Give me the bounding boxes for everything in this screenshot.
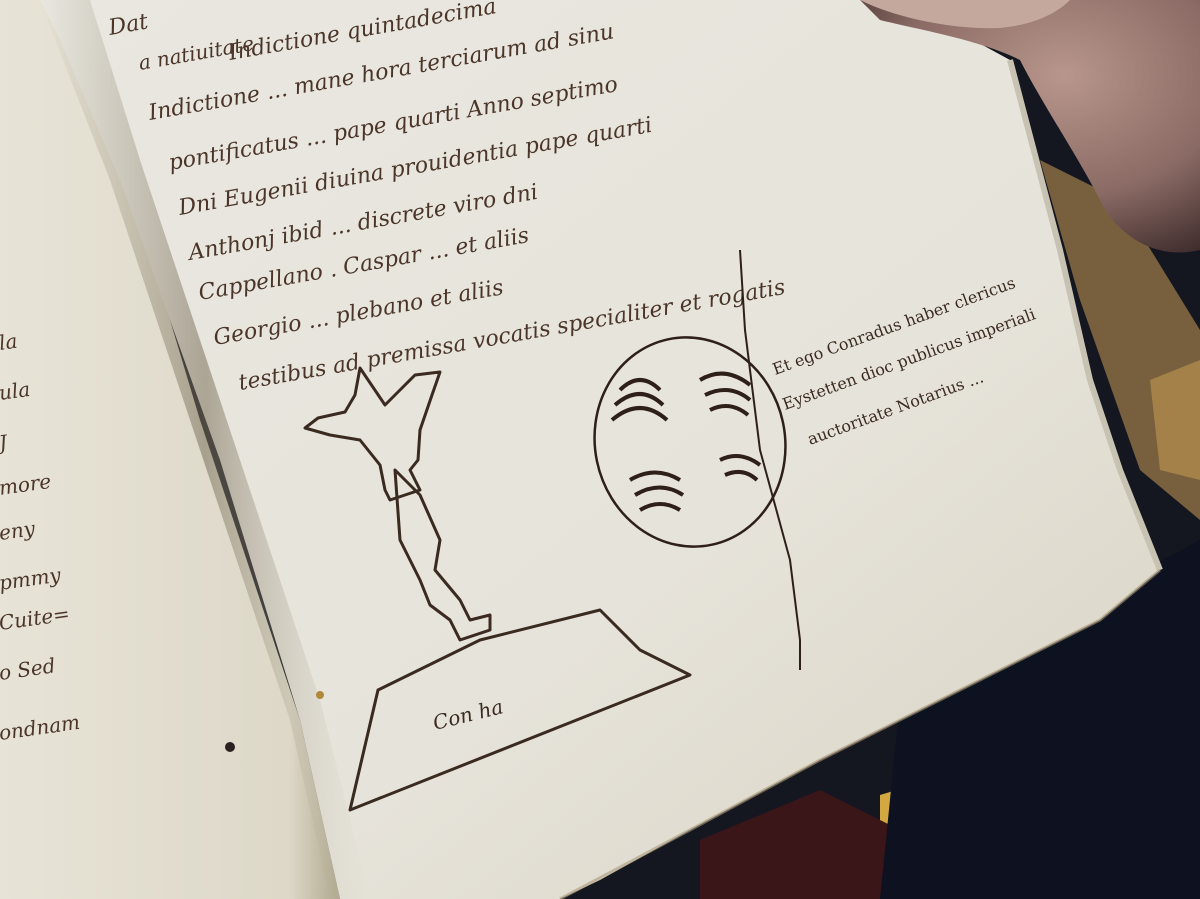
svg-text:la: la [0,329,19,355]
stain [316,691,324,699]
svg-text:ula: ula [0,377,32,405]
svg-text:eny: eny [0,516,37,545]
manuscript-photo: Dat a natiuitate Indictione quintadecima… [0,0,1200,899]
hole [225,742,235,752]
